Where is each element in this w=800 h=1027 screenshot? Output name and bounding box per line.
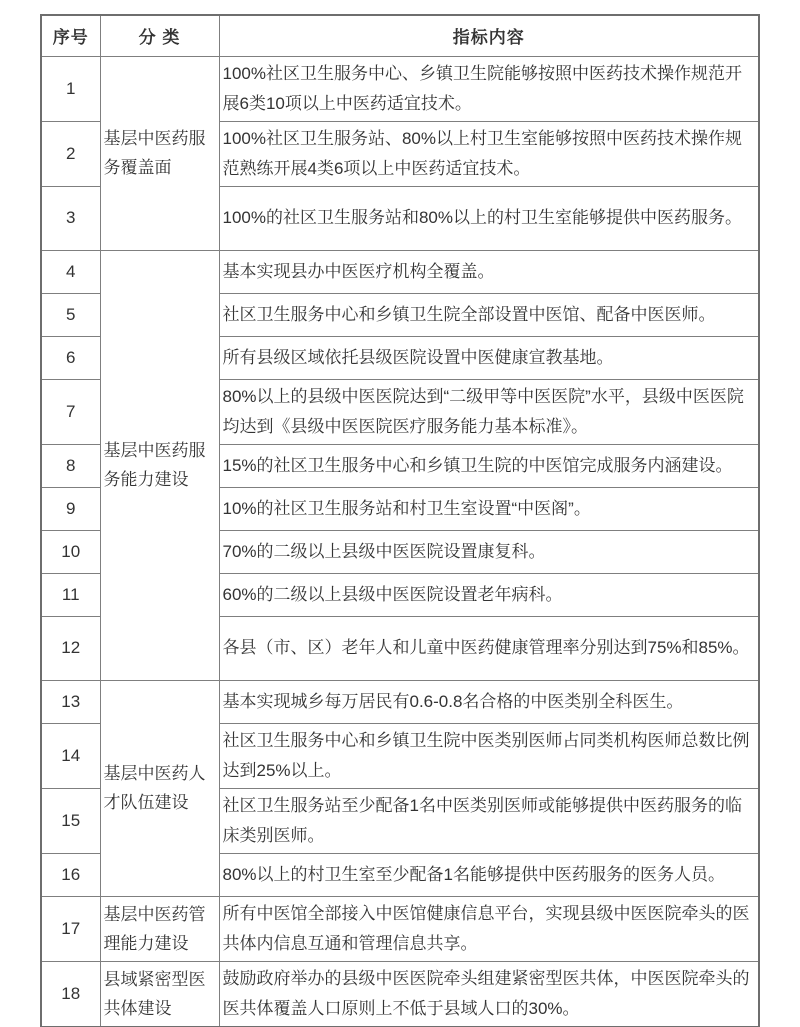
category-cell: 基层中医药管理能力建设 [100,896,219,961]
header-row: 序号 分 类 指标内容 [41,15,759,56]
row-number-cell: 9 [41,487,100,530]
indicator-content-cell: 15%的社区卫生服务中心和乡镇卫生院的中医馆完成服务内涵建设。 [219,444,759,487]
row-number-cell: 16 [41,853,100,896]
row-number-cell: 13 [41,680,100,723]
row-number-cell: 15 [41,788,100,853]
indicator-content-cell: 100%社区卫生服务站、80%以上村卫生室能够按照中医药技术操作规范熟练开展4类… [219,121,759,186]
indicator-content-cell: 100%的社区卫生服务站和80%以上的村卫生室能够提供中医药服务。 [219,186,759,250]
indicator-content-cell: 社区卫生服务中心和乡镇卫生院中医类别医师占同类机构医师总数比例达到25%以上。 [219,723,759,788]
category-cell: 基层中医药人才队伍建设 [100,680,219,896]
table-row: 4 基层中医药服务能力建设 基本实现县办中医医疗机构全覆盖。 [41,250,759,293]
row-number-cell: 18 [41,961,100,1027]
row-number-cell: 5 [41,293,100,336]
indicator-content-cell: 60%的二级以上县级中医医院设置老年病科。 [219,573,759,616]
indicator-content-cell: 所有中医馆全部接入中医馆健康信息平台，实现县级中医医院牵头的医共体内信息互通和管… [219,896,759,961]
table-row: 1 基层中医药服务覆盖面 100%社区卫生服务中心、乡镇卫生院能够按照中医药技术… [41,56,759,121]
header-content: 指标内容 [219,15,759,56]
indicator-content-cell: 社区卫生服务中心和乡镇卫生院全部设置中医馆、配备中医医师。 [219,293,759,336]
table-row: 17 基层中医药管理能力建设 所有中医馆全部接入中医馆健康信息平台，实现县级中医… [41,896,759,961]
indicator-content-cell: 各县（市、区）老年人和儿童中医药健康管理率分别达到75%和85%。 [219,616,759,680]
indicator-content-cell: 鼓励政府举办的县级中医医院牵头组建紧密型医共体，中医医院牵头的医共体覆盖人口原则… [219,961,759,1027]
row-number-cell: 6 [41,336,100,379]
category-cell: 县域紧密型医共体建设 [100,961,219,1027]
row-number-cell: 2 [41,121,100,186]
indicator-content-cell: 70%的二级以上县级中医医院设置康复科。 [219,530,759,573]
table-row: 18 县域紧密型医共体建设 鼓励政府举办的县级中医医院牵头组建紧密型医共体，中医… [41,961,759,1027]
table-row: 13 基层中医药人才队伍建设 基本实现城乡每万居民有0.6-0.8名合格的中医类… [41,680,759,723]
indicator-content-cell: 80%以上的县级中医医院达到“二级甲等中医医院”水平，县级中医医院均达到《县级中… [219,379,759,444]
row-number-cell: 17 [41,896,100,961]
row-number-cell: 10 [41,530,100,573]
row-number-cell: 7 [41,379,100,444]
indicator-content-cell: 所有县级区域依托县级医院设置中医健康宣教基地。 [219,336,759,379]
indicator-content-cell: 社区卫生服务站至少配备1名中医类别医师或能够提供中医药服务的临床类别医师。 [219,788,759,853]
row-number-cell: 4 [41,250,100,293]
row-number-cell: 8 [41,444,100,487]
header-no: 序号 [41,15,100,56]
row-number-cell: 12 [41,616,100,680]
header-category: 分 类 [100,15,219,56]
row-number-cell: 3 [41,186,100,250]
row-number-cell: 14 [41,723,100,788]
document-page: 序号 分 类 指标内容 1 基层中医药服务覆盖面 100%社区卫生服务中心、乡镇… [0,0,800,1027]
row-number-cell: 11 [41,573,100,616]
category-cell: 基层中医药服务能力建设 [100,250,219,680]
row-number-cell: 1 [41,56,100,121]
indicator-content-cell: 100%社区卫生服务中心、乡镇卫生院能够按照中医药技术操作规范开展6类10项以上… [219,56,759,121]
indicator-content-cell: 基本实现城乡每万居民有0.6-0.8名合格的中医类别全科医生。 [219,680,759,723]
indicator-content-cell: 80%以上的村卫生室至少配备1名能够提供中医药服务的医务人员。 [219,853,759,896]
category-cell: 基层中医药服务覆盖面 [100,56,219,250]
indicators-table: 序号 分 类 指标内容 1 基层中医药服务覆盖面 100%社区卫生服务中心、乡镇… [40,14,760,1027]
indicator-content-cell: 基本实现县办中医医疗机构全覆盖。 [219,250,759,293]
indicator-content-cell: 10%的社区卫生服务站和村卫生室设置“中医阁”。 [219,487,759,530]
